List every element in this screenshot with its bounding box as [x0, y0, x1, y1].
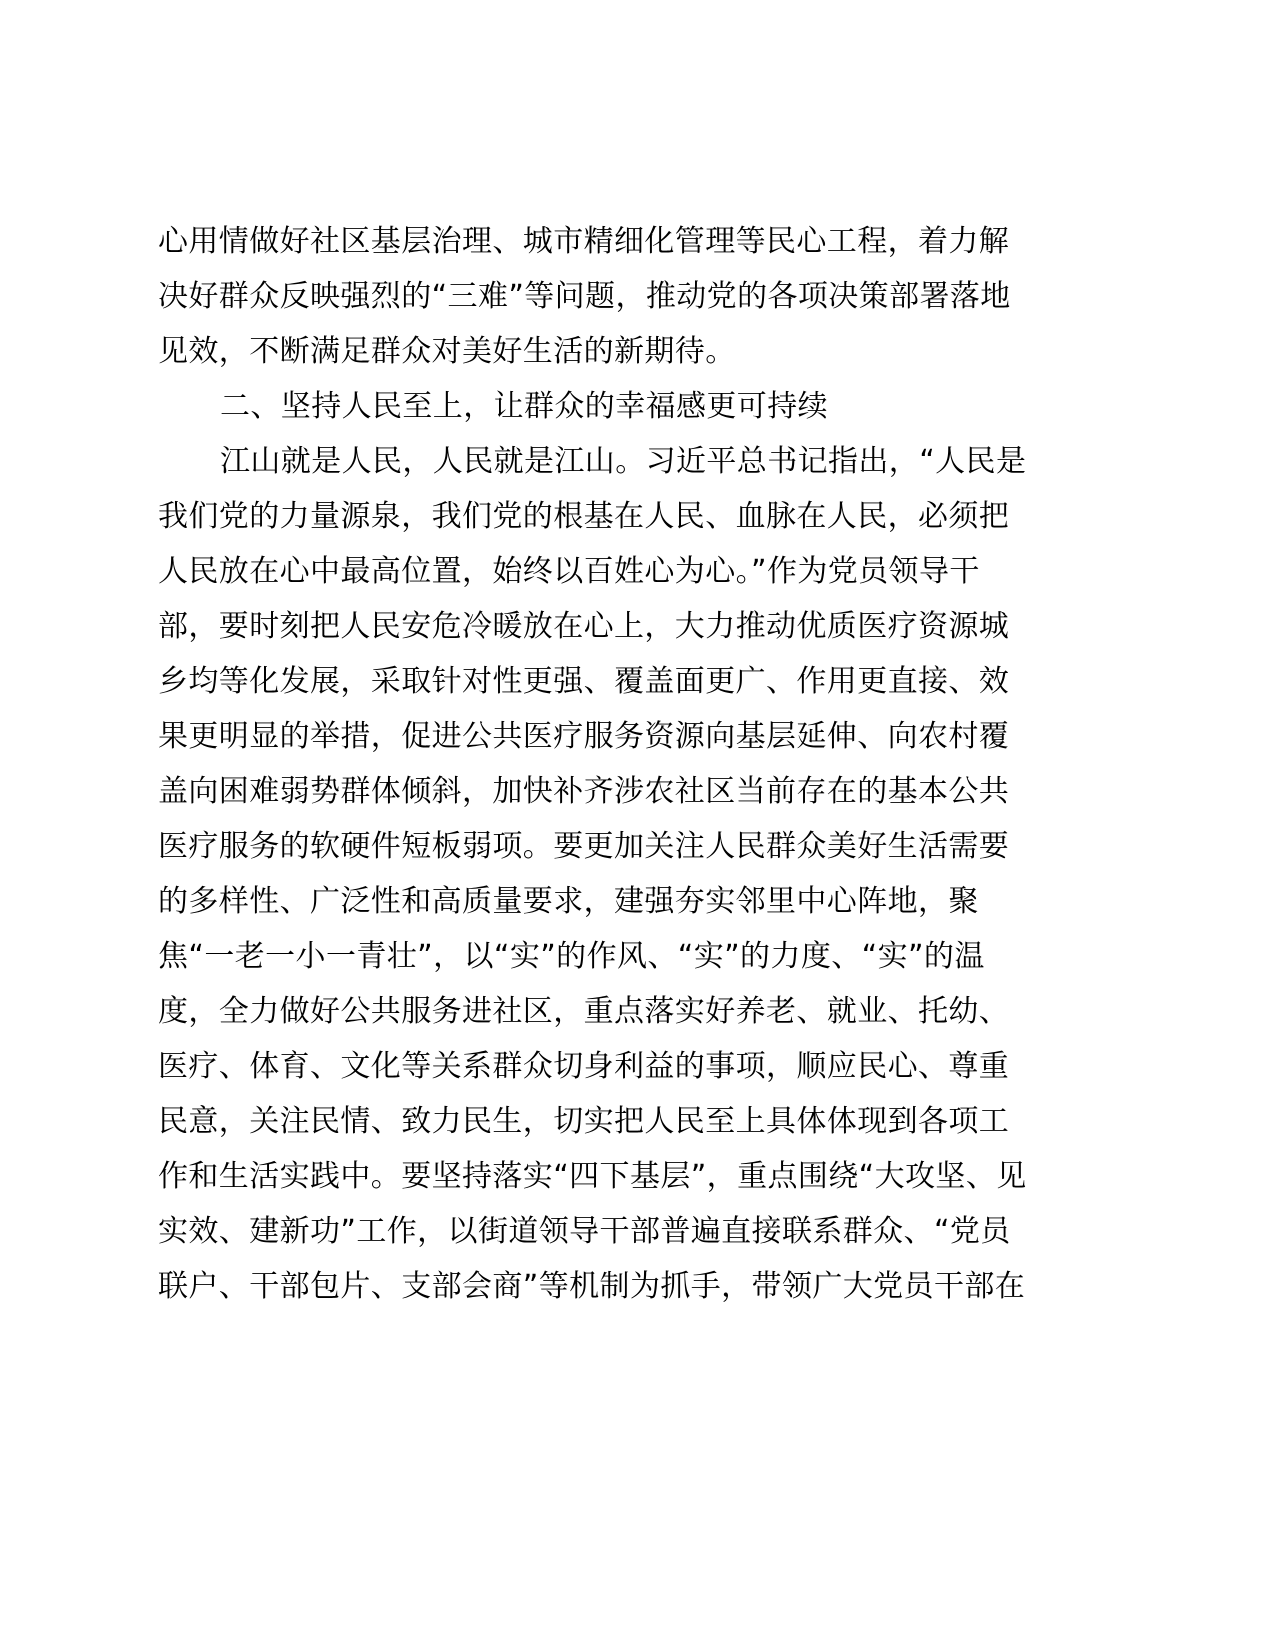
body-line: 果更明显的举措，促进公共医疗服务资源向基层延伸、向农村覆: [158, 717, 1118, 757]
body-line: 的多样性、广泛性和高质量要求，建强夯实邻里中心阵地，聚: [158, 882, 1118, 922]
section-heading: 二、坚持人民至上，让群众的幸福感更可持续: [220, 387, 1180, 427]
body-line: 心用情做好社区基层治理、城市精细化管理等民心工程，着力解: [158, 222, 1118, 262]
body-line: 焦“一老一小一青壮”，以“实”的作风、“实”的力度、“实”的温: [158, 937, 1118, 977]
body-line: 我们党的力量源泉，我们党的根基在人民、血脉在人民，必须把: [158, 497, 1118, 537]
body-line: 联户、干部包片、支部会商”等机制为抓手，带领广大党员干部在: [158, 1267, 1118, 1307]
body-line: 见效，不断满足群众对美好生活的新期待。: [158, 332, 1118, 372]
body-line: 人民放在心中最高位置，始终以百姓心为心。”作为党员领导干: [158, 552, 1118, 592]
body-line: 实效、建新功”工作，以街道领导干部普遍直接联系群众、“党员: [158, 1212, 1118, 1252]
body-line: 盖向困难弱势群体倾斜，加快补齐涉农社区当前存在的基本公共: [158, 772, 1118, 812]
body-line: 作和生活实践中。要坚持落实“四下基层”，重点围绕“大攻坚、见: [158, 1157, 1118, 1197]
body-line: 决好群众反映强烈的“三难”等问题，推动党的各项决策部署落地: [158, 277, 1118, 317]
body-line: 医疗服务的软硬件短板弱项。要更加关注人民群众美好生活需要: [158, 827, 1118, 867]
document-page: 心用情做好社区基层治理、城市精细化管理等民心工程，着力解 决好群众反映强烈的“三…: [0, 0, 1275, 1650]
body-line: 民意，关注民情、致力民生，切实把人民至上具体体现到各项工: [158, 1102, 1118, 1142]
body-line: 部，要时刻把人民安危冷暖放在心上，大力推动优质医疗资源城: [158, 607, 1118, 647]
body-line: 乡均等化发展，采取针对性更强、覆盖面更广、作用更直接、效: [158, 662, 1118, 702]
paragraph-first-line: 江山就是人民，人民就是江山。习近平总书记指出，“人民是: [220, 442, 1180, 482]
body-line: 度，全力做好公共服务进社区，重点落实好养老、就业、托幼、: [158, 992, 1118, 1032]
body-line: 医疗、体育、文化等关系群众切身利益的事项，顺应民心、尊重: [158, 1047, 1118, 1087]
